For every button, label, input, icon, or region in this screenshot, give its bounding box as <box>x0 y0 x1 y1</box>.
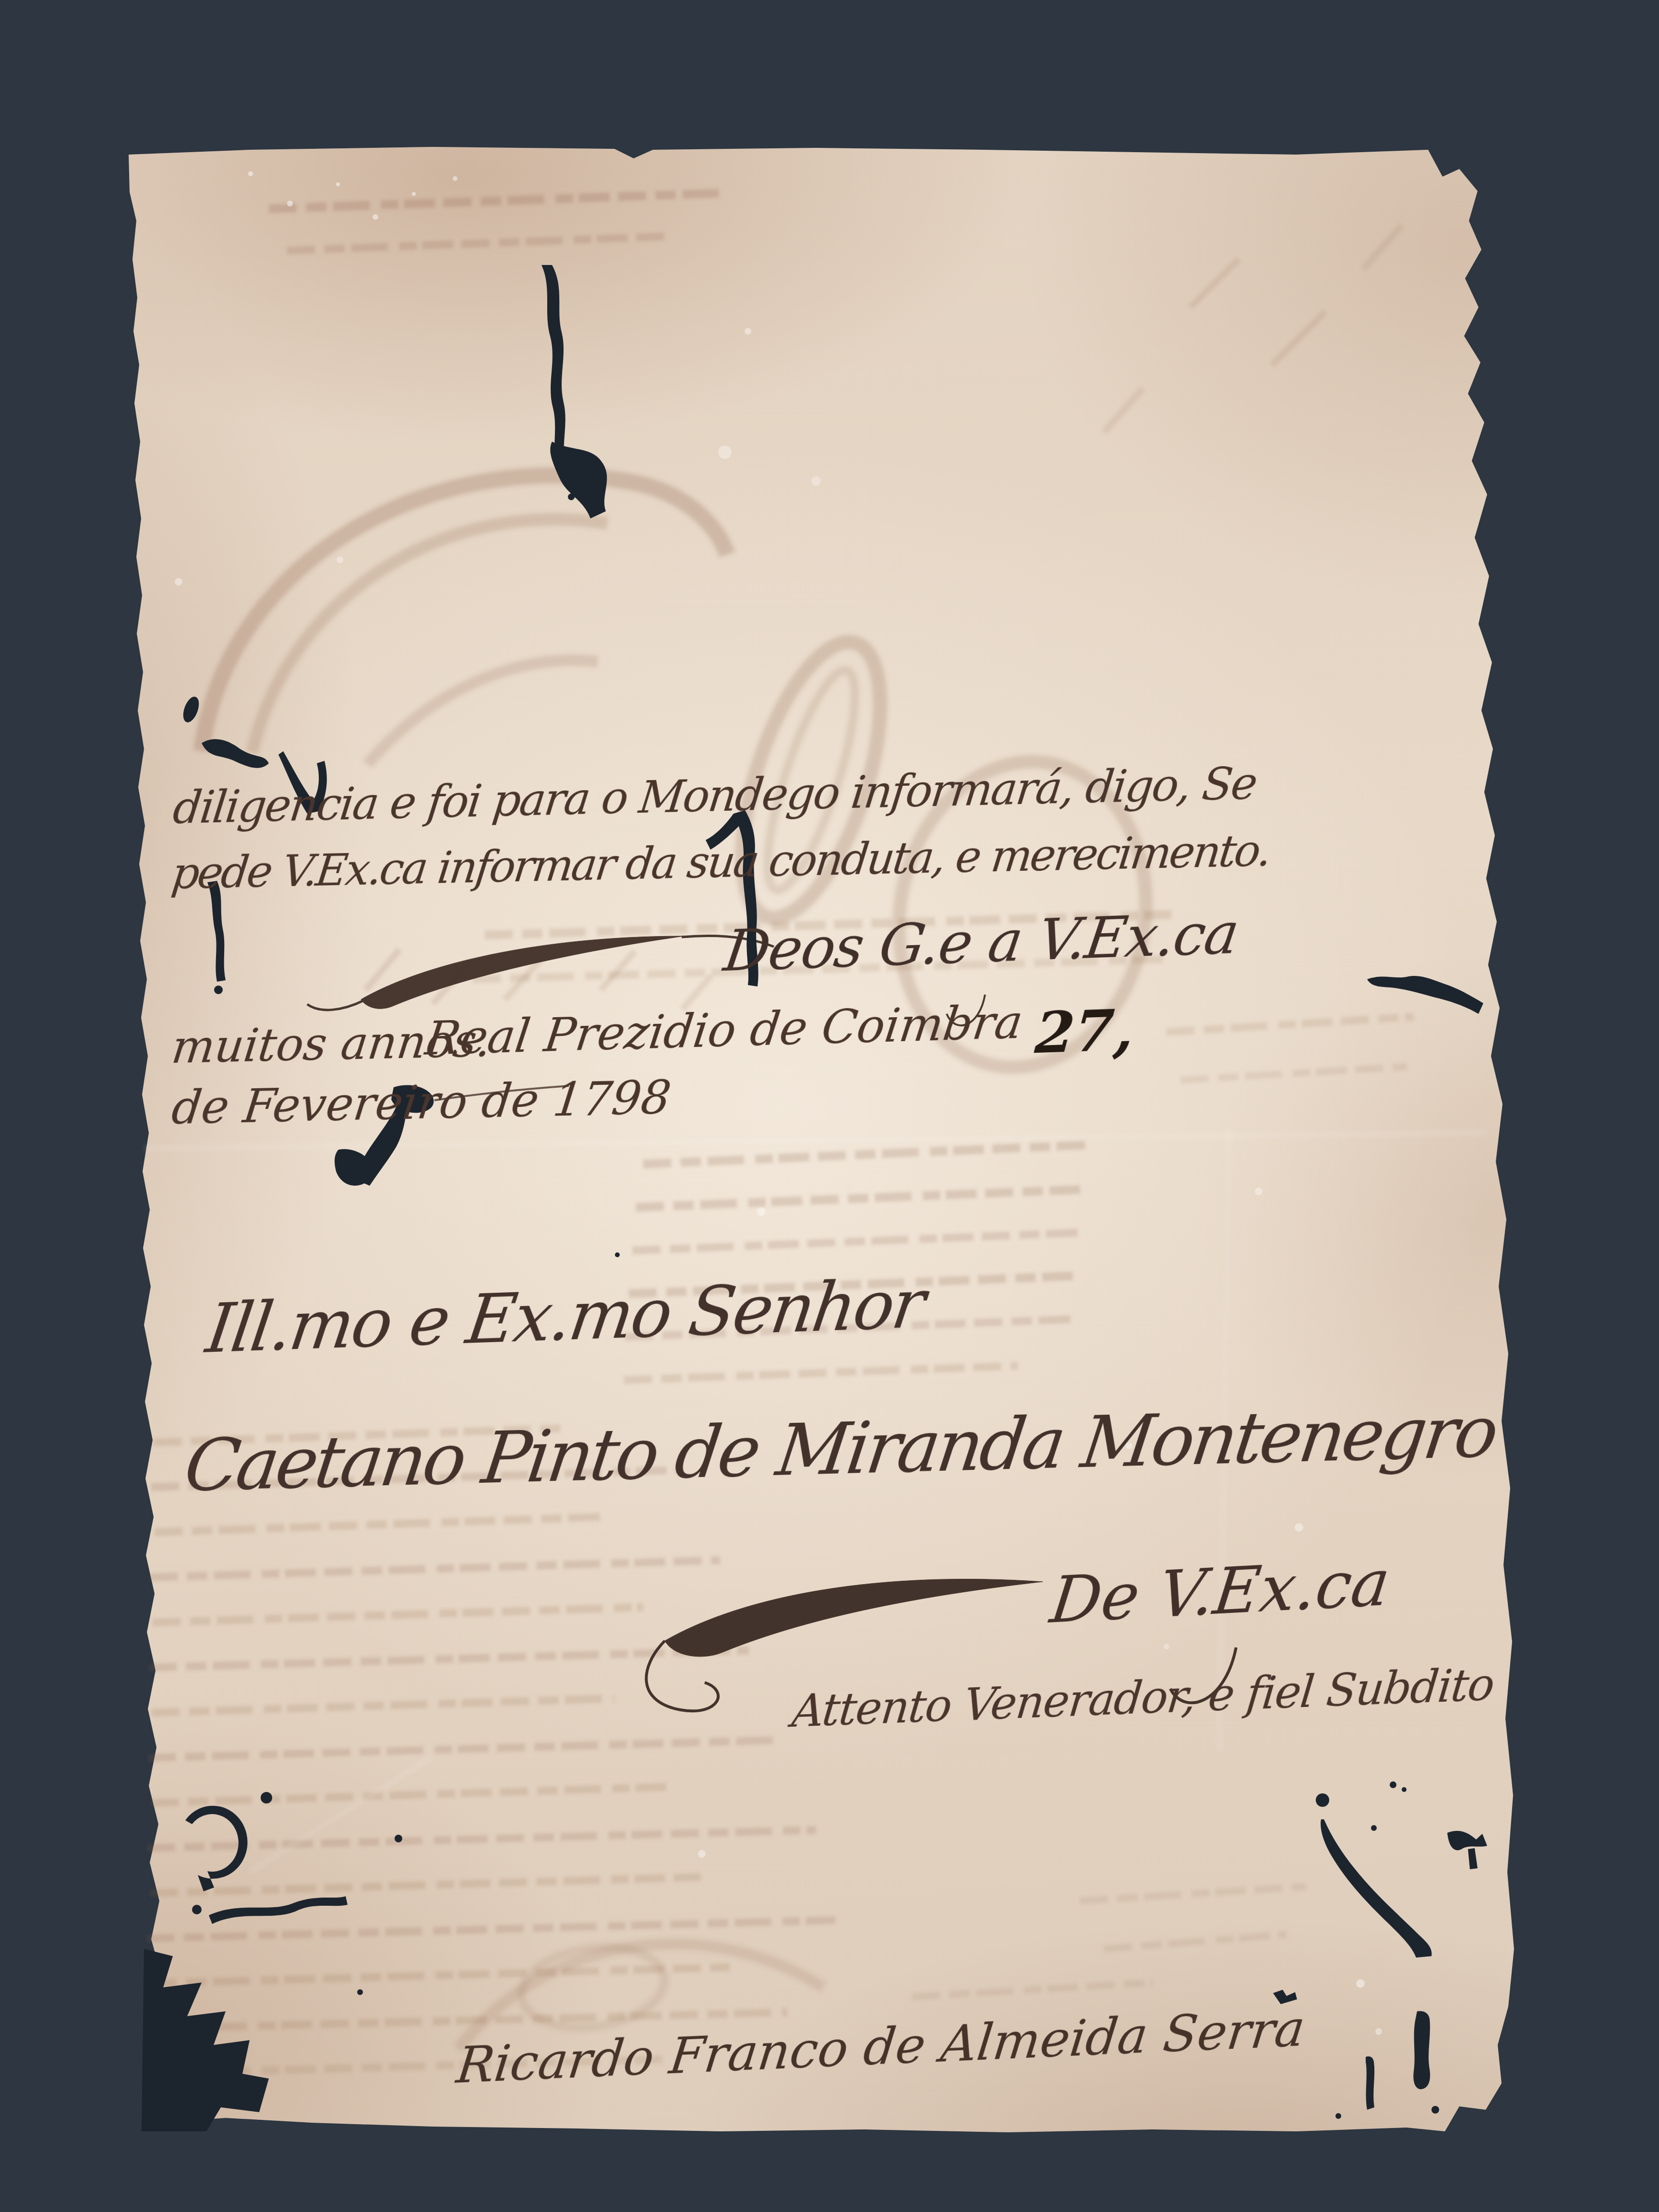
dateline-rest: de Fevereiro de 1798 <box>169 1070 674 1135</box>
photo-of-manuscript: diligencia e foi para o Mondego informar… <box>0 0 1659 2212</box>
dateline-day: 27, <box>1033 996 1136 1066</box>
